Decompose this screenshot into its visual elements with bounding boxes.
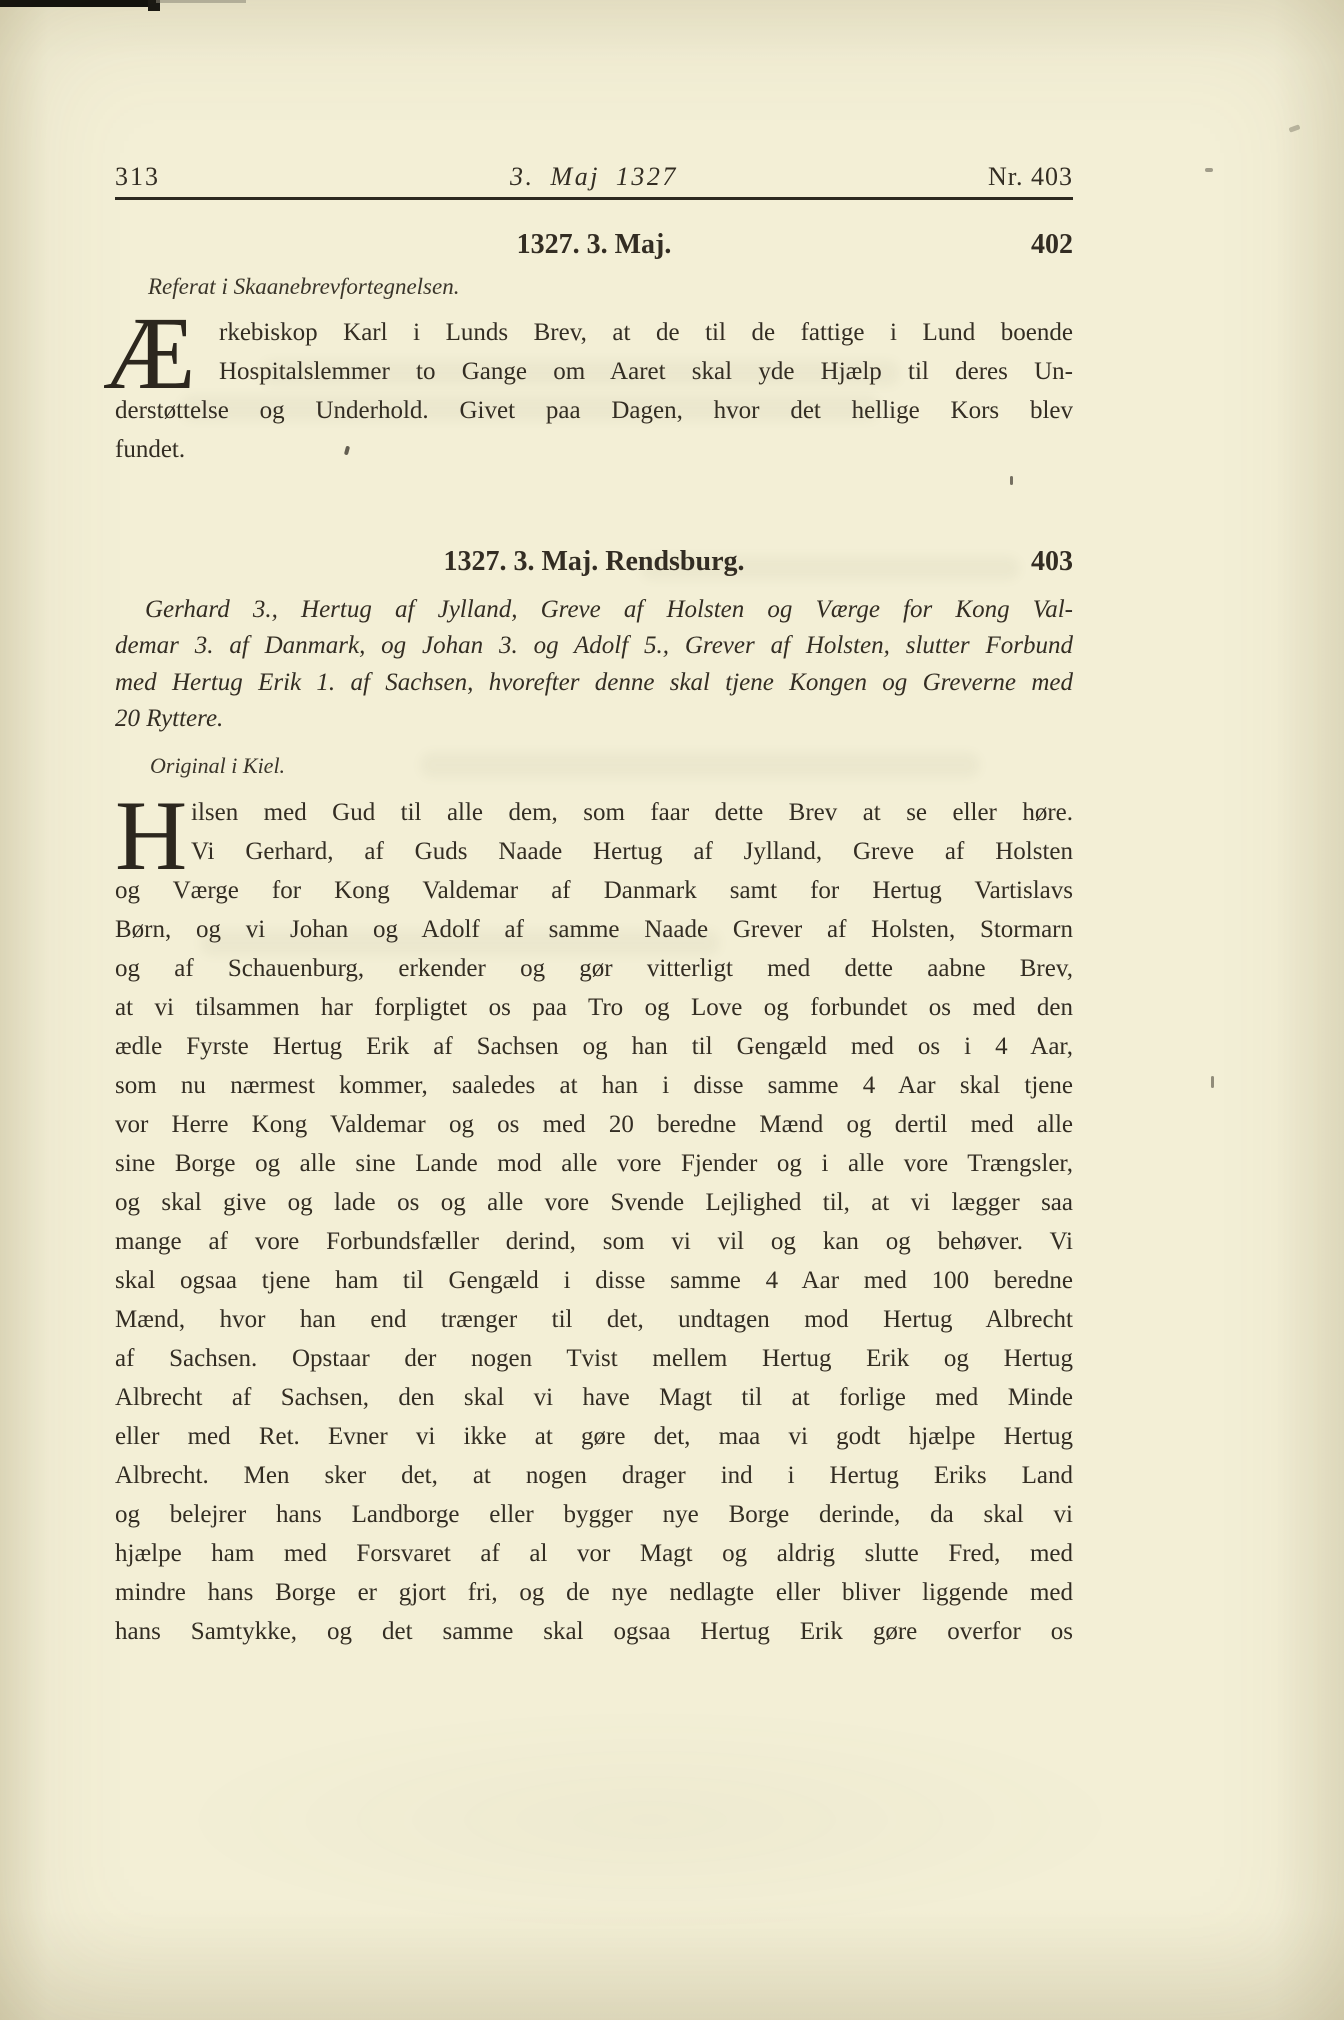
scanned-book-page: 313 3. Maj 1327 Nr. 403 1327. 3. Maj. 40…: [0, 0, 1344, 2020]
text-line: Albrecht. Men sker det, at nogen drager …: [115, 1456, 1073, 1495]
text-line: og af Schauenburg, erkender og gør vitte…: [115, 949, 1073, 988]
text-line: Børn, og vi Johan og Adolf af samme Naad…: [115, 910, 1073, 949]
entry-403-summary: Gerhard 3., Hertug af Jylland, Greve af …: [115, 592, 1073, 738]
summary-line: Gerhard 3., Hertug af Jylland, Greve af …: [115, 592, 1073, 628]
text-line: og Værge for Kong Valdemar af Danmark sa…: [115, 871, 1073, 910]
text-line: Mænd, hvor han end trænger til det, undt…: [115, 1300, 1073, 1339]
entry-403-source-note: Original i Kiel.: [150, 753, 285, 779]
scan-artifact-bar: [0, 0, 156, 7]
text-line: hjælpe ham med Forsvaret af al vor Magt …: [115, 1534, 1073, 1573]
text-line: Albrecht af Sachsen, den skal vi have Ma…: [115, 1378, 1073, 1417]
text-line: Hospitalslemmer to Gange om Aaret skal y…: [115, 352, 1073, 391]
running-title: 3. Maj 1327: [115, 162, 1073, 192]
text-line: og belejrer hans Landborge eller bygger …: [115, 1495, 1073, 1534]
ink-speck: [1205, 168, 1213, 172]
header-entry-number: Nr. 403: [988, 162, 1073, 192]
scan-artifact-bar: [148, 0, 160, 11]
bleed-through-ghost: [420, 752, 980, 778]
summary-line: med Hertug Erik 1. af Sachsen, hvorefter…: [115, 665, 1073, 701]
ink-speck: [1288, 124, 1300, 132]
paper-mottle: [140, 1700, 1160, 1940]
scan-artifact-bar: [156, 0, 246, 3]
summary-line: demar 3. af Danmark, og Johan 3. og Adol…: [115, 628, 1073, 664]
ink-speck: [1010, 476, 1013, 485]
entry-402-text: Æ rkebiskop Karl i Lunds Brev, at de til…: [115, 313, 1073, 469]
summary-line: 20 Ryttere.: [115, 701, 1073, 737]
text-line: mange af vore Forbundsfæller derind, som…: [115, 1222, 1073, 1261]
entry-403-date: 1327. 3. Maj. Rendsburg.: [443, 546, 744, 577]
text-line: rkebiskop Karl i Lunds Brev, at de til d…: [115, 313, 1073, 352]
ink-speck: [1211, 1076, 1214, 1088]
entry-403-heading: 1327. 3. Maj. Rendsburg. 403: [115, 547, 1073, 577]
text-line: eller med Ret. Evner vi ikke at gøre det…: [115, 1417, 1073, 1456]
text-line: som nu nærmest kommer, saaledes at han i…: [115, 1066, 1073, 1105]
text-line: ilsen med Gud til alle dem, som faar det…: [115, 793, 1073, 832]
text-line: sine Borge og alle sine Lande mod alle v…: [115, 1144, 1073, 1183]
drop-cap: H: [115, 799, 187, 873]
entry-402-number: 402: [1031, 230, 1073, 260]
text-line: fundet.: [115, 430, 1073, 469]
text-line: ædle Fyrste Hertug Erik af Sachsen og ha…: [115, 1027, 1073, 1066]
entry-402-date: 1327. 3. Maj.: [517, 229, 672, 260]
text-line: hans Samtykke, og det samme skal ogsaa H…: [115, 1612, 1073, 1651]
text-line: af Sachsen. Opstaar der nogen Tvist mell…: [115, 1339, 1073, 1378]
text-line: mindre hans Borge er gjort fri, og de ny…: [115, 1573, 1073, 1612]
entry-402-heading: 1327. 3. Maj. 402: [115, 230, 1073, 260]
entry-403-number: 403: [1031, 547, 1073, 577]
text-line: derstøttelse og Underhold. Givet paa Dag…: [115, 391, 1073, 430]
running-header: 313 3. Maj 1327 Nr. 403: [115, 162, 1073, 194]
drop-cap: Æ: [103, 316, 195, 393]
text-line: vor Herre Kong Valdemar og os med 20 ber…: [115, 1105, 1073, 1144]
text-line: at vi tilsammen har forpligtet os paa Tr…: [115, 988, 1073, 1027]
text-line: skal ogsaa tjene ham til Gengæld i disse…: [115, 1261, 1073, 1300]
text-line: Vi Gerhard, af Guds Naade Hertug af Jyll…: [115, 832, 1073, 871]
header-rule: [115, 197, 1073, 200]
text-line: og skal give og lade os og alle vore Sve…: [115, 1183, 1073, 1222]
entry-403-text: H ilsen med Gud til alle dem, som faar d…: [115, 793, 1073, 1651]
